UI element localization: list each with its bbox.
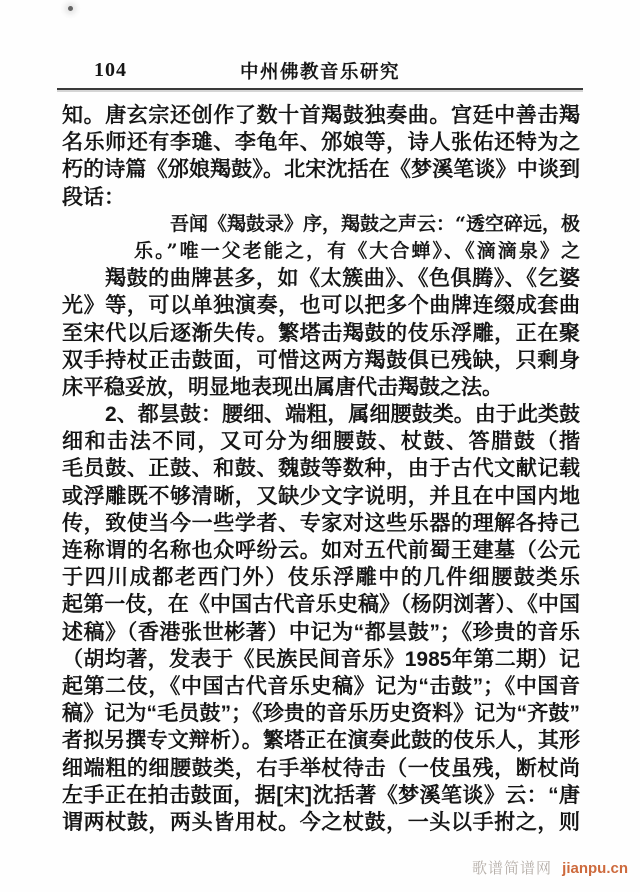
scan-speck-artifact bbox=[68, 6, 73, 11]
text-line: 或浮雕既不够清晰，又缺少文字说明，并且在中国内地久已失 bbox=[62, 483, 580, 510]
watermark-site-url: jianpu.cn bbox=[562, 860, 628, 877]
text-line: 细端粗的细腰鼓类，右手举杖待击（一伎虽残，断杖尚存一半）， bbox=[62, 755, 580, 782]
text-line: 于四川成都老西门外）伎乐浮雕中的几件细腰鼓类乐器：东侧左 bbox=[62, 564, 580, 591]
body-text: 知。唐玄宗还创作了数十首羯鼓独奏曲。宫廷中善击羯鼓的著 名乐师还有李璡、李龟年、… bbox=[62, 102, 580, 836]
text-line: 起第一伎，在《中国古代音乐史稿》（杨阴浏著）、《中国音乐史论 bbox=[62, 591, 580, 618]
text-line: 光》等，可以单独演奏，也可以把多个曲牌连缀成套曲演奏。羯鼓 bbox=[62, 292, 580, 319]
blockquote-line: 乐。”唯一父老能之，有《大合蝉》、《滴滴泉》之曲……。 bbox=[62, 238, 580, 265]
text-line: 段话： bbox=[62, 184, 580, 211]
text-line: 起第二伎，《中国古代音乐史稿》记为“击鼓”；《中国音乐史论述 bbox=[62, 673, 580, 700]
blockquote-line: 吾闻《羯鼓录》序，羯鼓之声云：“透空碎远，极异众 bbox=[62, 211, 580, 238]
page-number: 104 bbox=[94, 59, 127, 82]
page-header: 104 中州佛教音乐研究 bbox=[58, 58, 582, 84]
text-line: 连称谓的名称也众呼纷云。如对五代前蜀王建墓（公元918年、 bbox=[62, 537, 580, 564]
watermark-site-name: 歌谱简谱网 bbox=[472, 860, 552, 877]
text-line: 述稿》（香港张世彬著）中记为“都昙鼓”；《珍贵的音乐历史资料》 bbox=[62, 619, 580, 646]
text-line: 知。唐玄宗还创作了数十首羯鼓独奏曲。宫廷中善击羯鼓的著 bbox=[62, 102, 580, 129]
text-line: 稿》记为“毛员鼓”；《珍贵的音乐历史资料》记为“齐鼓”等等（笔 bbox=[62, 700, 580, 727]
text-line: 名乐师还有李璡、李龟年、邠娘等，诗人张佑还特为之写下了不 bbox=[62, 129, 580, 156]
text-line: 羯鼓的曲牌甚多，如《太簇曲》、《色俱腾》、《乞婆婆》、《曜日 bbox=[62, 265, 580, 292]
text-line: 传，致使当今一些学者、专家对这些乐器的理解各持己见。甚而 bbox=[62, 510, 580, 537]
text-line: 细和击法不同，又可分为细腰鼓、杖鼓、答腊鼓（揩鼓）、都昙鼓、 bbox=[62, 428, 580, 455]
header-rule bbox=[57, 88, 583, 90]
running-title: 中州佛教音乐研究 bbox=[58, 58, 582, 84]
text-line: （胡均著，发表于《民族民间音乐》1985年第二期）记为正鼓；左 bbox=[62, 646, 580, 673]
text-line: 双手持杖正击鼓面，可惜这两方羯鼓俱已残缺，只剩身前下方牙 bbox=[62, 347, 580, 374]
text-line: 谓两杖鼓，两头皆用杖。今之杖鼓，一头以手拊之，则唐之‘汉、 bbox=[62, 809, 580, 836]
text-line: 者拟另撰专文辩析）。繁塔正在演奏此鼓的伎乐人，其形象为腰 bbox=[62, 727, 580, 754]
text-line: 2、都昙鼓：腰细、端粗，属细腰鼓类。由于此类鼓的长短、粗 bbox=[62, 401, 580, 428]
book-page: 104 中州佛教音乐研究 知。唐玄宗还创作了数十首羯鼓独奏曲。宫廷中善击羯鼓的著… bbox=[0, 0, 640, 892]
text-line: 左手正在拍击鼓面，据[宋]沈括著《梦溪笔谈》云：“唐之杖鼓，本 bbox=[62, 782, 580, 809]
text-line: 床平稳妥放，明显地表现出属唐代击羯鼓之法。 bbox=[62, 374, 580, 401]
text-line: 朽的诗篇《邠娘羯鼓》。北宋沈括在《梦溪笔谈》中谈到羯鼓的一 bbox=[62, 156, 580, 183]
watermark: 歌谱简谱网 jianpu.cn bbox=[472, 859, 628, 879]
text-line: 毛员鼓、正鼓、和鼓、魏鼓等数种，由于古代文献记载欠详，壁画 bbox=[62, 455, 580, 482]
text-line: 至宋代以后逐渐失传。繁塔击羯鼓的伎乐浮雕，正在聚精会神、 bbox=[62, 320, 580, 347]
